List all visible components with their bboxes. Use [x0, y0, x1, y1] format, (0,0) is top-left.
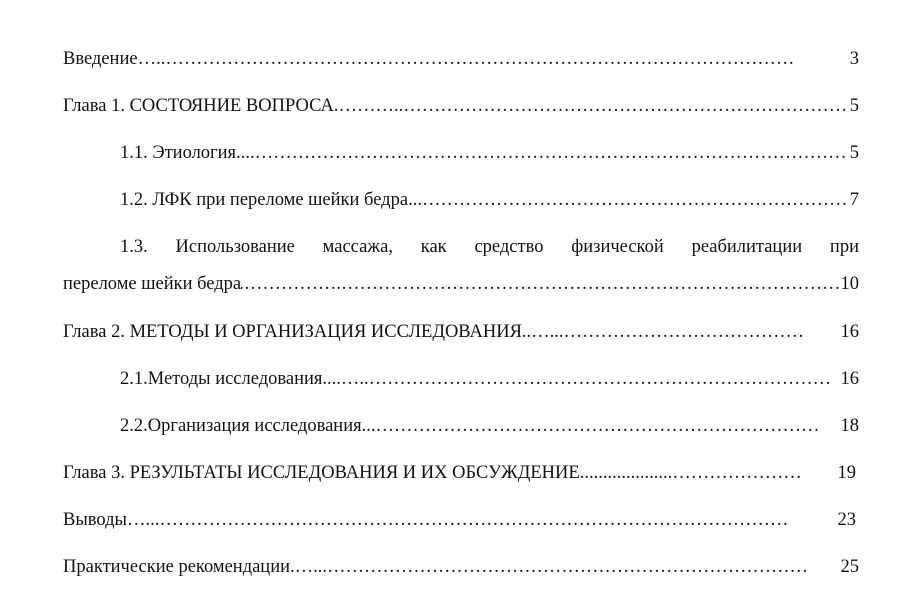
- toc-page-number: 23: [838, 507, 857, 533]
- toc-page-number: 16: [841, 366, 860, 392]
- toc-entry-title: переломе шейки бедра: [63, 271, 241, 297]
- toc-entry-title: 1.1. Этиология: [120, 140, 236, 166]
- toc-entry-title: 2.2.Организация исследования: [120, 413, 362, 439]
- toc-dot-leader: ………………………………………………………………..……….: [334, 93, 850, 119]
- toc-page-number: 25: [841, 554, 860, 580]
- toc-entry-introduction[interactable]: Введение ……………………………………………………………………………………: [63, 46, 859, 72]
- toc-entry-section-2-1[interactable]: 2.1.Методы исследования ……………………………………………: [120, 366, 859, 392]
- toc-entry-title: Глава 3. РЕЗУЛЬТАТЫ ИССЛЕДОВАНИЯ И ИХ ОБ…: [63, 460, 580, 486]
- toc-dot-leader: …………………………………………………………………..…....: [322, 366, 840, 392]
- toc-page-number: 7: [850, 187, 859, 213]
- toc-dot-leader: ……………………………………………………………………….……………..: [241, 271, 840, 297]
- toc-page-number: 16: [841, 319, 860, 345]
- toc-dot-leader: …………………………………………………………………………………………...…: [127, 507, 838, 533]
- toc-page-number: 5: [850, 93, 859, 119]
- toc-entry-section-2-2[interactable]: 2.2.Организация исследования ………………………………: [120, 413, 859, 439]
- toc-entry-section-1-2[interactable]: 1.2. ЛФК при переломе шейки бедра …………………: [120, 187, 859, 213]
- toc-page-number: 3: [850, 46, 859, 72]
- toc-dot-leader: …………………………………...…..: [522, 319, 841, 345]
- toc-entry-title: Глава 2. МЕТОДЫ И ОРГАНИЗАЦИЯ ИССЛЕДОВАН…: [63, 319, 522, 345]
- toc-dot-leader: …………………....................: [580, 460, 838, 486]
- toc-page-number: 5: [850, 140, 859, 166]
- toc-entry-title: Выводы: [63, 507, 127, 533]
- toc-entry-title: Введение: [63, 46, 138, 72]
- toc-entry-title: Глава 1. СОСТОЯНИЕ ВОПРОСА: [63, 93, 334, 119]
- toc-entry-title-line1: 1.3. Использование массажа, как средство…: [120, 237, 859, 257]
- toc-page-number: 19: [838, 460, 857, 486]
- toc-entry-title: 2.1.Методы исследования: [120, 366, 322, 392]
- toc-dot-leader: …………………………………………………………………………………………..…: [138, 46, 850, 72]
- toc-dot-leader: ……………………………………………………………………...….: [290, 554, 840, 580]
- toc-dot-leader: ……………………………………………………………………………………....: [236, 140, 850, 166]
- toc-entry-conclusions[interactable]: Выводы …………………………………………………………………………………………: [63, 507, 856, 533]
- toc-entry-practical-recommendations[interactable]: Практические рекомендации ………………………………………: [63, 554, 859, 580]
- toc-entry-section-1-1[interactable]: 1.1. Этиология ……………………………………………………………………: [120, 140, 859, 166]
- toc-entry-section-1-3-line1[interactable]: 1.3. Использование массажа, как средство…: [120, 234, 859, 260]
- toc-entry-chapter-3[interactable]: Глава 3. РЕЗУЛЬТАТЫ ИССЛЕДОВАНИЯ И ИХ ОБ…: [63, 460, 856, 486]
- toc-entry-title: 1.2. ЛФК при переломе шейки бедра: [120, 187, 408, 213]
- toc-dot-leader: ………………………………………………………………...: [362, 413, 841, 439]
- toc-page-number: 18: [841, 413, 860, 439]
- toc-page-number: 10: [841, 271, 860, 297]
- toc-entry-title: Практические рекомендации: [63, 554, 290, 580]
- toc-entry-section-1-3[interactable]: переломе шейки бедра ……………………………………………………: [63, 271, 859, 297]
- toc-entry-chapter-1[interactable]: Глава 1. СОСТОЯНИЕ ВОПРОСА ……………………………………: [63, 93, 859, 119]
- toc-dot-leader: ……………………………………………………………...: [408, 187, 850, 213]
- toc-entry-chapter-2[interactable]: Глава 2. МЕТОДЫ И ОРГАНИЗАЦИЯ ИССЛЕДОВАН…: [63, 319, 859, 345]
